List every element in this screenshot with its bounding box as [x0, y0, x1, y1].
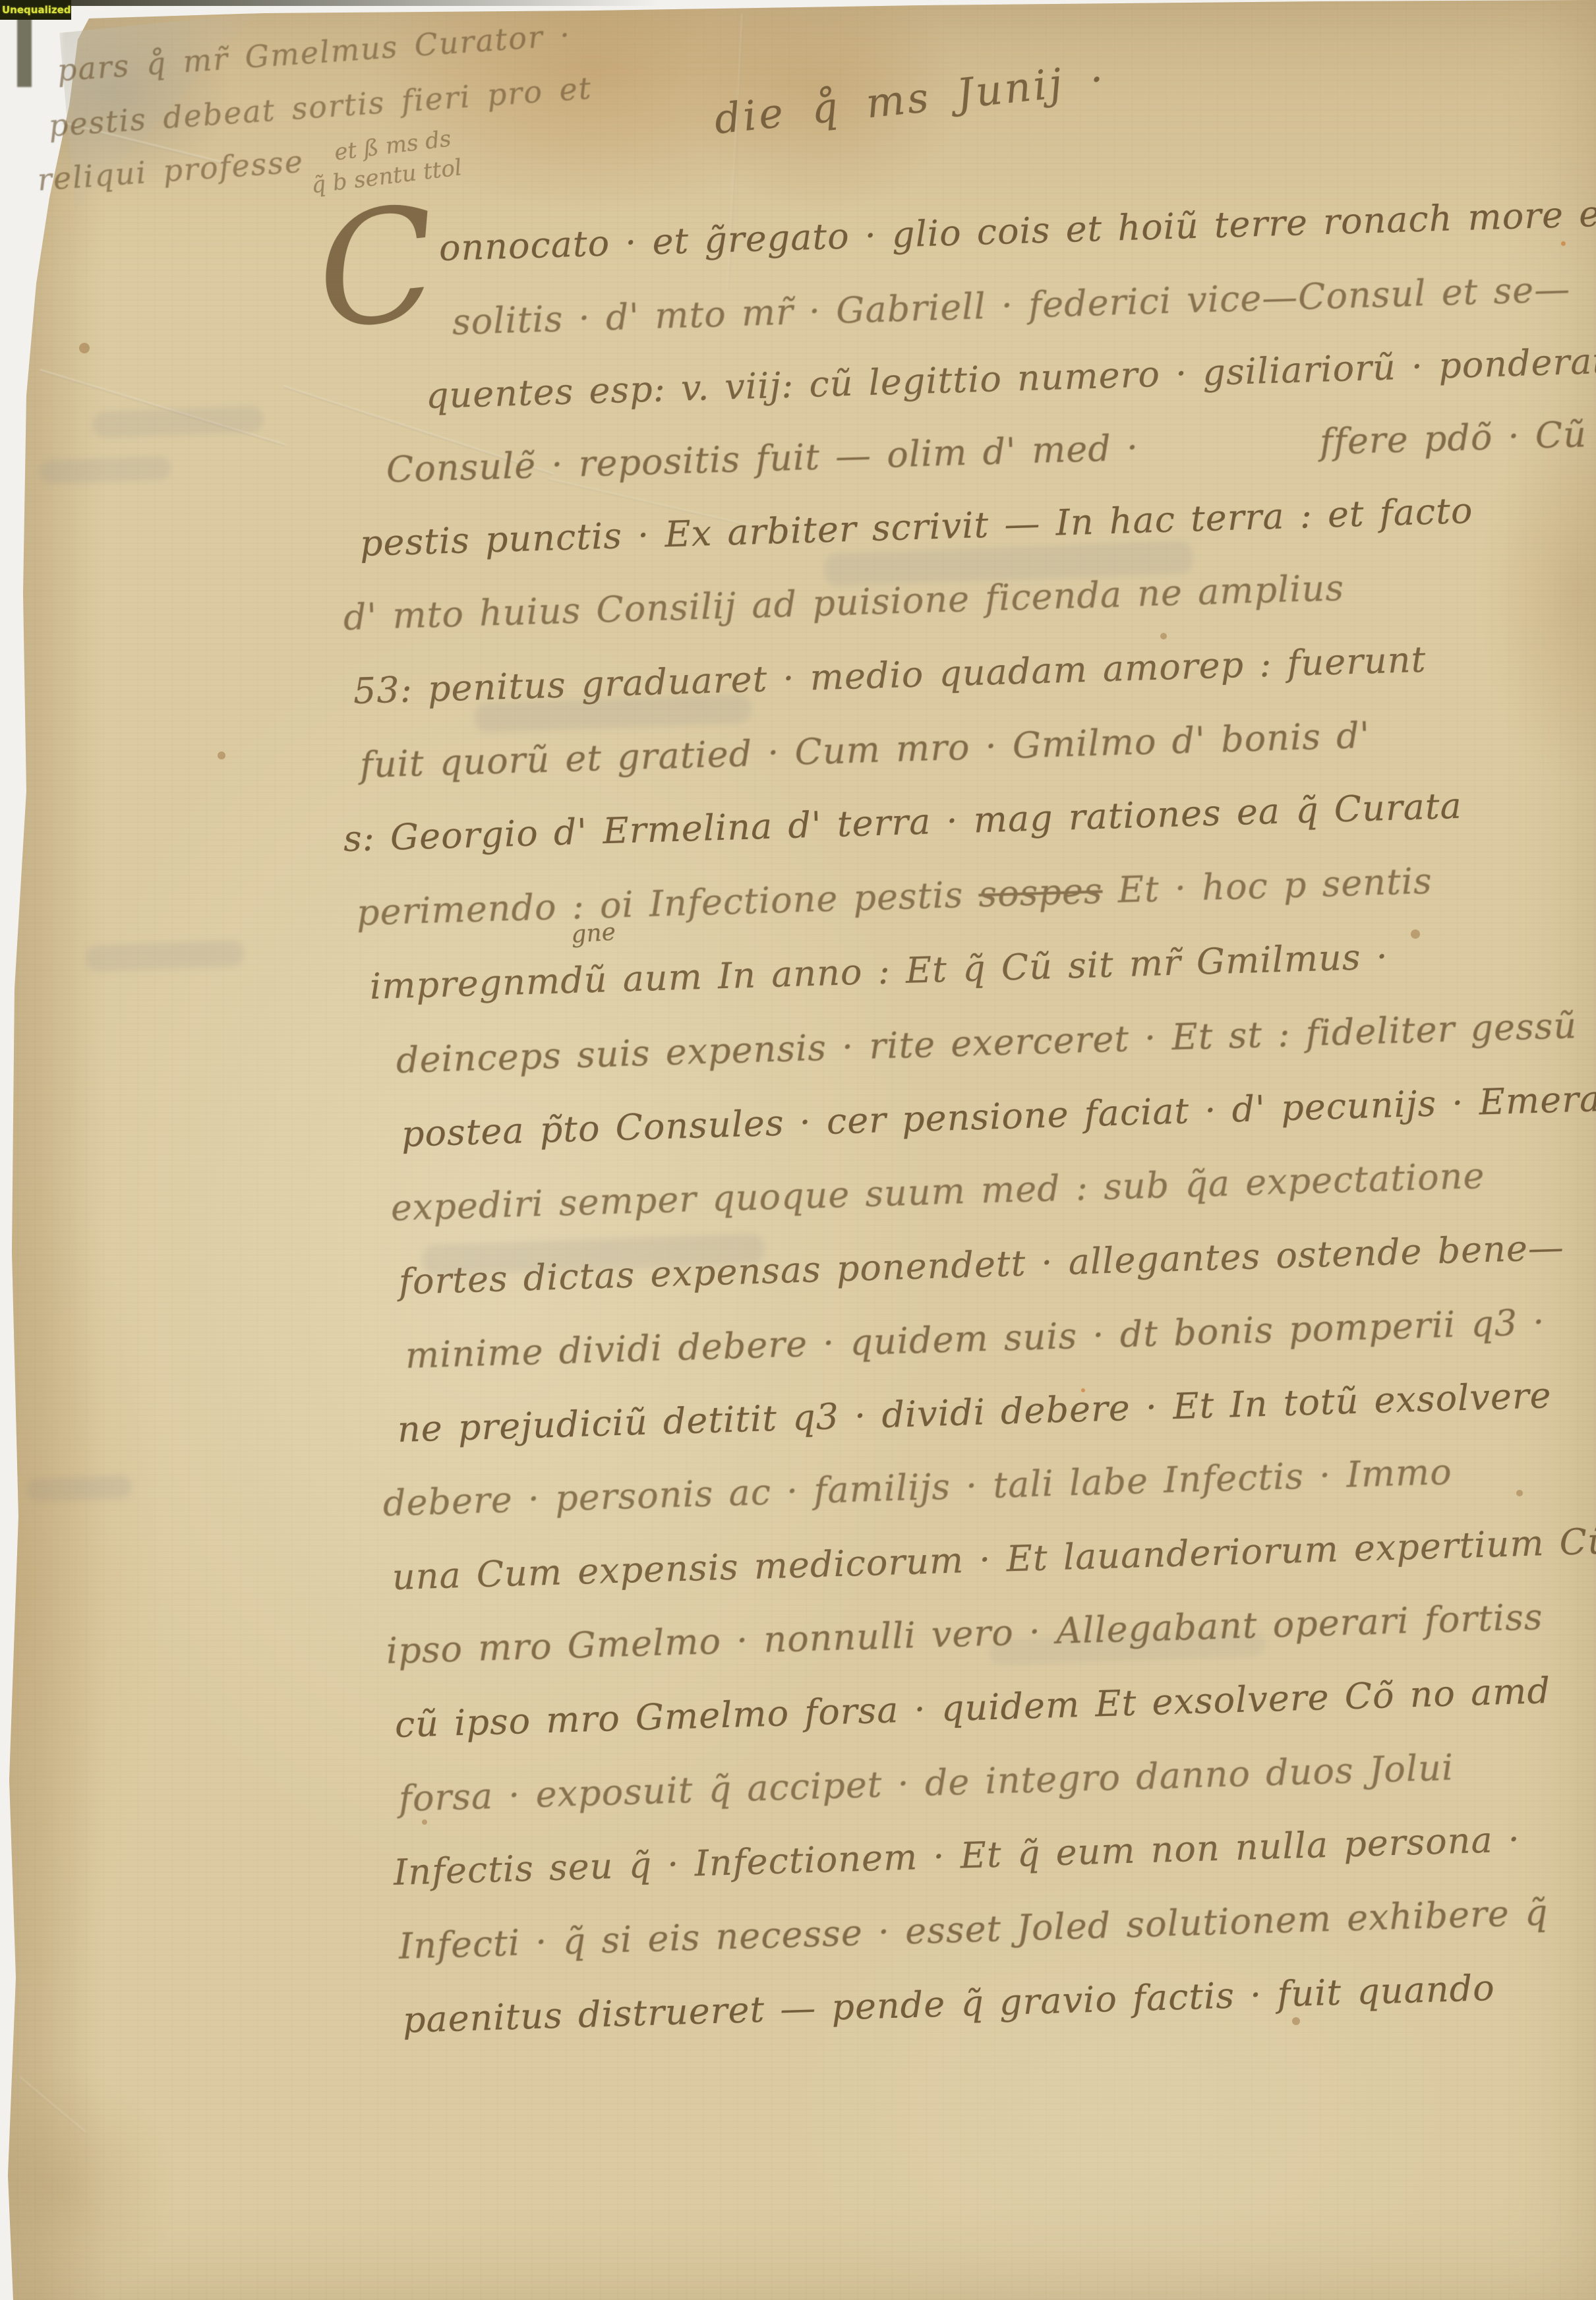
manuscript-line: cũ ipso mro Gmelmo forsa · quidem Et exs…	[394, 1670, 1551, 1746]
manuscript-line: perimendo : oi Infectione pestis sospes …	[356, 860, 1433, 933]
scan-artifact-label-text: Unequalized	[2, 4, 71, 16]
scan-artifact-sliver	[17, 18, 32, 87]
manuscript-line: expediri semper quoque suum med : sub q̃…	[390, 1155, 1485, 1229]
manuscript-line: paenitus distrueret — pende q̃ gravio fa…	[402, 1967, 1496, 2041]
scanned-manuscript-page: Unequalized pars q̊ mr̃ Gmelmus Curator …	[0, 0, 1596, 2300]
manuscript-line: solitis · d' mto mr̃ · Gabriell · federi…	[452, 268, 1571, 343]
manuscript-line: fortes dictas expensas ponendett · alleg…	[398, 1227, 1565, 1303]
manuscript-line: ipso mro Gmelmo · nonnulli vero · Allega…	[386, 1596, 1543, 1672]
manuscript-line: s: Georgio d' Ermelina d' terra · mag ra…	[343, 785, 1463, 860]
manuscript-line: Consulẽ · repositis fuit — olim d' med ·…	[386, 413, 1587, 490]
manuscript-line: pestis punctis · Ex arbiter scrivit — In…	[359, 490, 1473, 564]
manuscript-line: minime dividi debere · quidem suis · dt …	[405, 1301, 1545, 1376]
manuscript-line: onnocato · et g̃regato · glio cois et ho…	[438, 190, 1596, 269]
manuscript-line: ne prejudiciũ detitit q3 · dividi debere…	[397, 1374, 1552, 1450]
manuscript-line: deinceps suis expensis · rite exerceret …	[396, 1005, 1578, 1081]
manuscript-line: debere · personis ac · familijs · tali l…	[382, 1451, 1453, 1524]
scan-artifact-label: Unequalized	[0, 0, 71, 20]
body-lines: onnocato · et g̃regato · glio cois et ho…	[0, 0, 1596, 2300]
manuscript-line: d' mto huius Consilij ad puisione ficend…	[343, 567, 1345, 638]
manuscript-line: Infecti · q̃ si eis necesse · esset Jole…	[398, 1891, 1549, 1967]
manuscript-line: forsa · exposuit q̃ accipet · de integro…	[398, 1747, 1454, 1819]
manuscript-line: postea p̃to Consules · cer pensione faci…	[401, 1077, 1596, 1155]
manuscript-line: una Cum expensis medicorum · Et lauander…	[392, 1520, 1596, 1598]
manuscript-line: impregnmdũ aum In anno : Et q̃ Cũ sit mr…	[369, 935, 1389, 1007]
scan-edge-shadow	[66, 0, 659, 6]
manuscript-line: fuit quorũ et gratied · Cum mro · Gmilmo…	[359, 715, 1371, 786]
manuscript-line: 53: penitus graduaret · medio quadam amo…	[353, 639, 1427, 712]
manuscript-line: Infectis seu q̃ · Infectionem · Et q̃ eu…	[393, 1818, 1521, 1893]
manuscript-line: quentes esp: v. viij: cũ legittio numero…	[425, 339, 1596, 417]
